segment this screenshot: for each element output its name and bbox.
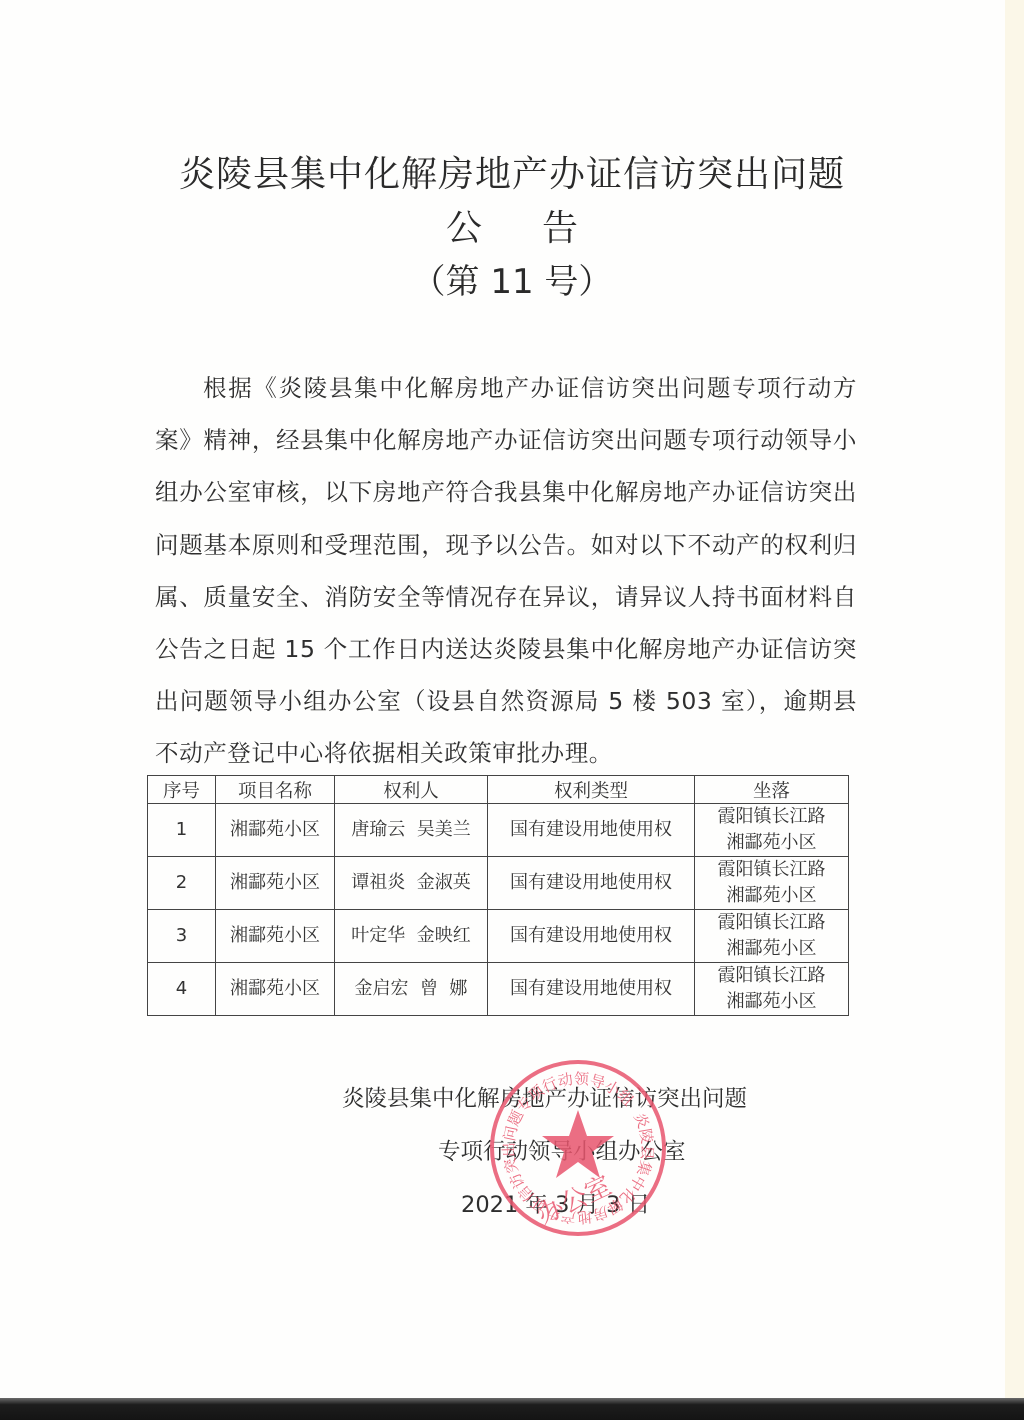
cell-holders: 谭祖炎 金淑英 [335, 857, 488, 910]
location-line: 湘酃苑小区 [695, 830, 848, 856]
cell-holders: 唐瑜云 吴美兰 [335, 804, 488, 857]
location-line: 霞阳镇长江路 [695, 804, 848, 830]
document-subtitle: 公告 [0, 200, 1024, 251]
body-paragraph: 根据《炎陵县集中化解房地产办证信访突出问题专项行动方案》精神，经县集中化解房地产… [155, 362, 857, 780]
cell-no: 4 [148, 963, 216, 1016]
cell-right-type: 国有建设用地使用权 [488, 857, 695, 910]
location-line: 霞阳镇长江路 [695, 857, 848, 883]
cell-location: 霞阳镇长江路湘酃苑小区 [695, 857, 849, 910]
cell-project: 湘酃苑小区 [216, 857, 335, 910]
location-line: 湘酃苑小区 [695, 936, 848, 962]
location-line: 霞阳镇长江路 [695, 963, 848, 989]
cell-location: 霞阳镇长江路湘酃苑小区 [695, 963, 849, 1016]
cell-right-type: 国有建设用地使用权 [488, 963, 695, 1016]
table-row: 1 湘酃苑小区 唐瑜云 吴美兰 国有建设用地使用权 霞阳镇长江路湘酃苑小区 [148, 804, 849, 857]
header-holders: 权利人 [335, 776, 488, 804]
signature-date: 2021 年 3 月 3 日 [0, 1187, 1024, 1219]
header-no: 序号 [148, 776, 216, 804]
cell-holders: 金启宏 曾 娜 [335, 963, 488, 1016]
location-line: 湘酃苑小区 [695, 883, 848, 909]
cell-right-type: 国有建设用地使用权 [488, 804, 695, 857]
cell-location: 霞阳镇长江路湘酃苑小区 [695, 910, 849, 963]
header-project: 项目名称 [216, 776, 335, 804]
cell-no: 3 [148, 910, 216, 963]
cell-holders: 叶定华 金映红 [335, 910, 488, 963]
header-location: 坐落 [695, 776, 849, 804]
signature-org-line2: 专项行动领导小组办公室 [0, 1134, 1024, 1166]
cell-right-type: 国有建设用地使用权 [488, 910, 695, 963]
location-line: 湘酃苑小区 [695, 989, 848, 1015]
location-line: 霞阳镇长江路 [695, 910, 848, 936]
table-row: 4 湘酃苑小区 金启宏 曾 娜 国有建设用地使用权 霞阳镇长江路湘酃苑小区 [148, 963, 849, 1016]
header-right-type: 权利类型 [488, 776, 695, 804]
cell-project: 湘酃苑小区 [216, 910, 335, 963]
cell-no: 2 [148, 857, 216, 910]
table-row: 2 湘酃苑小区 谭祖炎 金淑英 国有建设用地使用权 霞阳镇长江路湘酃苑小区 [148, 857, 849, 910]
document-title: 炎陵县集中化解房地产办证信访突出问题 [0, 146, 1024, 197]
cell-location: 霞阳镇长江路湘酃苑小区 [695, 804, 849, 857]
document-number: （第 11 号） [0, 254, 1024, 303]
signature-org-line1: 炎陵县集中化解房地产办证信访突出问题 [57, 1081, 1024, 1113]
property-table: 序号 项目名称 权利人 权利类型 坐落 1 湘酃苑小区 唐瑜云 吴美兰 国有建设… [147, 775, 849, 1016]
table-header-row: 序号 项目名称 权利人 权利类型 坐落 [148, 776, 849, 804]
cell-project: 湘酃苑小区 [216, 963, 335, 1016]
table-row: 3 湘酃苑小区 叶定华 金映红 国有建设用地使用权 霞阳镇长江路湘酃苑小区 [148, 910, 849, 963]
cell-no: 1 [148, 804, 216, 857]
scanner-bottom-shadow [0, 1398, 1024, 1420]
cell-project: 湘酃苑小区 [216, 804, 335, 857]
